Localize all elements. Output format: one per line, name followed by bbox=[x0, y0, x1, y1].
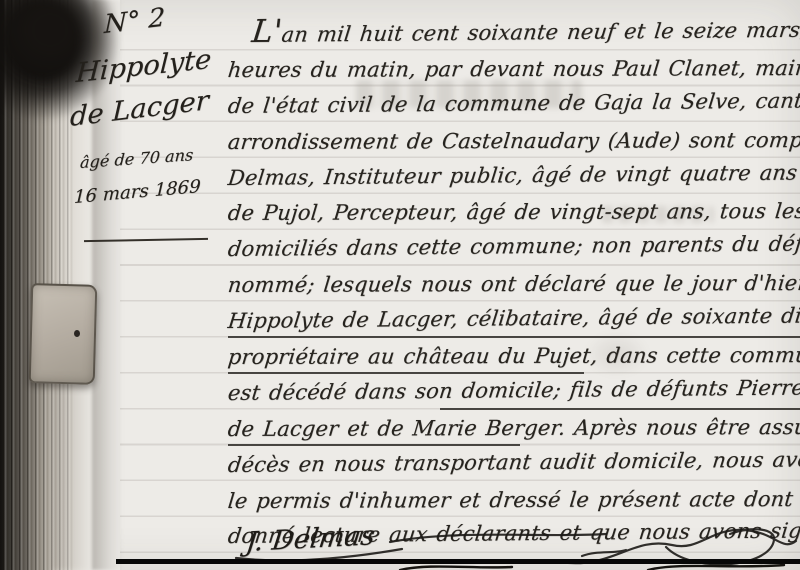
paper-repair-tab bbox=[29, 283, 98, 385]
emphasis-underline bbox=[228, 336, 800, 338]
handwritten-line: nommé; lesquels nous ont déclaré que le … bbox=[227, 271, 800, 297]
scanned-death-record: N° 2 Hippolyte de Lacger âgé de 70 ans 1… bbox=[0, 0, 800, 570]
emphasis-underline bbox=[440, 408, 800, 410]
handwritten-line: L'an mil huit cent soixante neuf et le s… bbox=[250, 8, 800, 50]
handwritten-line: de Lacger et de Marie Berger. Après nous… bbox=[227, 415, 800, 441]
handwritten-line: propriétaire au château du Pujet, dans c… bbox=[227, 343, 800, 369]
handwritten-line: le permis d'inhumer et dressé le présent… bbox=[227, 487, 800, 513]
handwritten-line: de Pujol, Percepteur, âgé de vingt-sept … bbox=[227, 199, 800, 225]
handwritten-line: arrondissement de Castelnaudary (Aude) s… bbox=[227, 128, 800, 154]
handwritten-line: heures du matin, par devant nous Paul Cl… bbox=[227, 56, 800, 82]
cutoff-handwriting bbox=[380, 562, 800, 570]
binding-shadow-lower bbox=[52, 378, 94, 570]
emphasis-underline bbox=[228, 444, 520, 446]
emphasis-underline bbox=[228, 372, 584, 374]
ink-spot bbox=[74, 330, 80, 337]
